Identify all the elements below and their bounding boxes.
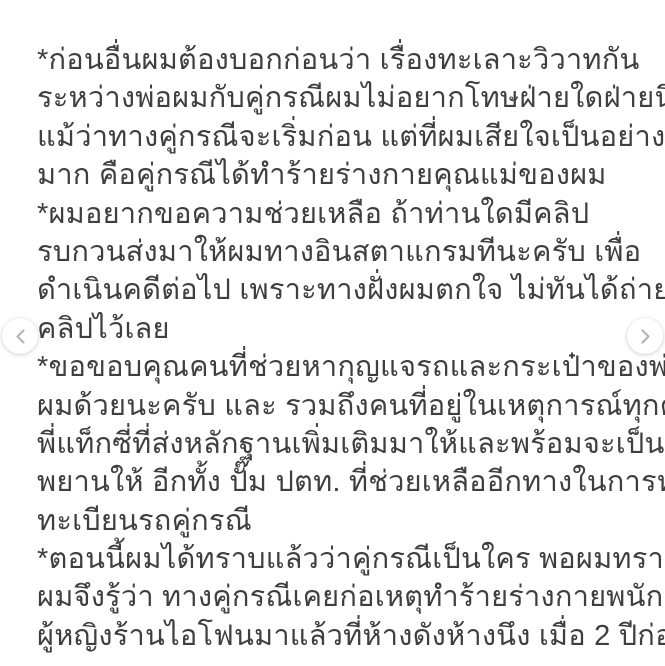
post-image: *ก่อนอื่นผมต้องบอกก่อนว่า เรื่องทะเลาะวิ…: [0, 0, 665, 666]
post-text-line: พี่แท็กซี่ที่ส่งหลักฐานเพิ่มเติมมาให้และ…: [37, 425, 637, 463]
post-text-line: ผู้หญิงร้านไอโฟนมาแล้วที่ห้างดังห้างนึง …: [37, 617, 637, 655]
post-text-line: *ตอนนี้ผมได้ทราบแล้วว่าคู่กรณีเป็นใคร พอ…: [37, 540, 637, 578]
chevron-right-icon: [639, 328, 652, 345]
post-text-line: รบกวนส่งมาให้ผมทางอินสตาแกรมทีนะครับ เพื…: [37, 233, 637, 271]
post-text-line: *ก่อนอื่นผมต้องบอกก่อนว่า เรื่องทะเลาะวิ…: [37, 41, 637, 79]
post-text-line: ผมจึงรู้ว่า ทางคู่กรณีเคยก่อเหตุทำร้ายร่…: [37, 578, 637, 616]
post-text-line: คลิปไว้เลย: [37, 310, 637, 348]
post-text-line: ดำเนินคดีต่อไป เพราะทางฝั่งผมตกใจ ไม่ทัน…: [37, 271, 637, 309]
post-text-line: แม้ว่าทางคู่กรณีจะเริ่มก่อน แต่ที่ผมเสีย…: [37, 118, 637, 156]
chevron-left-icon: [14, 328, 27, 345]
post-text-line: มาก คือคู่กรณีได้ทำร้ายร่างกายคุณแม่ของผ…: [37, 156, 637, 194]
post-text-line: ผมด้วยนะครับ และ รวมถึงคนที่อยู่ในเหตุกา…: [37, 387, 637, 425]
carousel-prev-button[interactable]: [2, 318, 38, 354]
post-text-line: *ขอขอบคุณคนที่ช่วยหากุญแจรถและกระเป๋าของ…: [37, 348, 637, 386]
carousel-next-button[interactable]: [627, 318, 663, 354]
post-text: *ก่อนอื่นผมต้องบอกก่อนว่า เรื่องทะเลาะวิ…: [37, 41, 637, 655]
post-text-line: ระหว่างพ่อผมกับคู่กรณีผมไม่อยากโทษฝ่ายใด…: [37, 79, 637, 117]
post-text-line: *ผมอยากขอความช่วยเหลือ ถ้าท่านใดมีคลิป: [37, 195, 637, 233]
post-text-line: พยานให้ อีกทั้ง ปั๊ม ปตท. ที่ช่วยเหลืออี…: [37, 463, 637, 501]
post-text-line: ทะเบียนรถคู่กรณี: [37, 502, 637, 540]
